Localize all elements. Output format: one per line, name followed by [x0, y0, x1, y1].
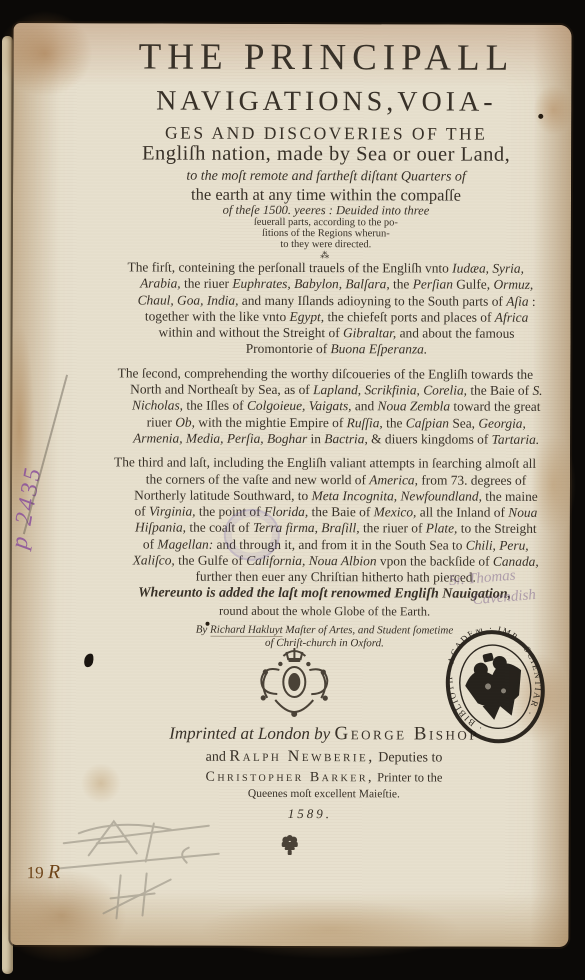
title-line-5: to the moſt remote and fartheſt diſtant …: [108, 168, 544, 186]
imprint-line-3: Christopher Barker, Printer to the: [106, 767, 542, 788]
ink-blot: [83, 652, 95, 668]
title-line-4: Engliſh nation, made by Sea or ouer Land…: [108, 142, 544, 167]
division-paragraph-third: The third and laſt, including the Engliſ…: [107, 455, 543, 587]
faint-violet-stamp: [224, 509, 280, 561]
stain: [0, 11, 93, 96]
division-paragraph-second: The ſecond, comprehending the worthy diſ…: [107, 365, 543, 448]
title-line-2: NAVIGATIONS,VOIA-: [108, 85, 544, 119]
title-line-3: GES AND DISCOVERIES OF THE: [108, 122, 544, 145]
printed-text-column: THE PRINCIPALL NAVIGATIONS,VOIA- GES AND…: [105, 23, 544, 947]
shelfmark-annotation: p 2435: [6, 389, 61, 551]
pencil-scribbles: [58, 813, 233, 934]
small-woodcut-ornament: [278, 834, 302, 856]
division-summaries: The firſt, conteining the perſonall trau…: [107, 259, 544, 594]
scanned-book-photo: THE PRINCIPALL NAVIGATIONS,VOIA- GES AND…: [0, 0, 585, 980]
title-line-1: THE PRINCIPALL: [108, 35, 544, 80]
division-paragraph-first: The firſt, conteining the perſonall trau…: [107, 259, 543, 358]
woodcut-crest-ornament: [255, 642, 333, 718]
ink-annotation: 19 R: [27, 861, 61, 884]
title-page: THE PRINCIPALL NAVIGATIONS,VOIA- GES AND…: [10, 23, 571, 947]
imprint-line-4: Queenes moſt excellent Maieſtie.: [106, 786, 542, 803]
